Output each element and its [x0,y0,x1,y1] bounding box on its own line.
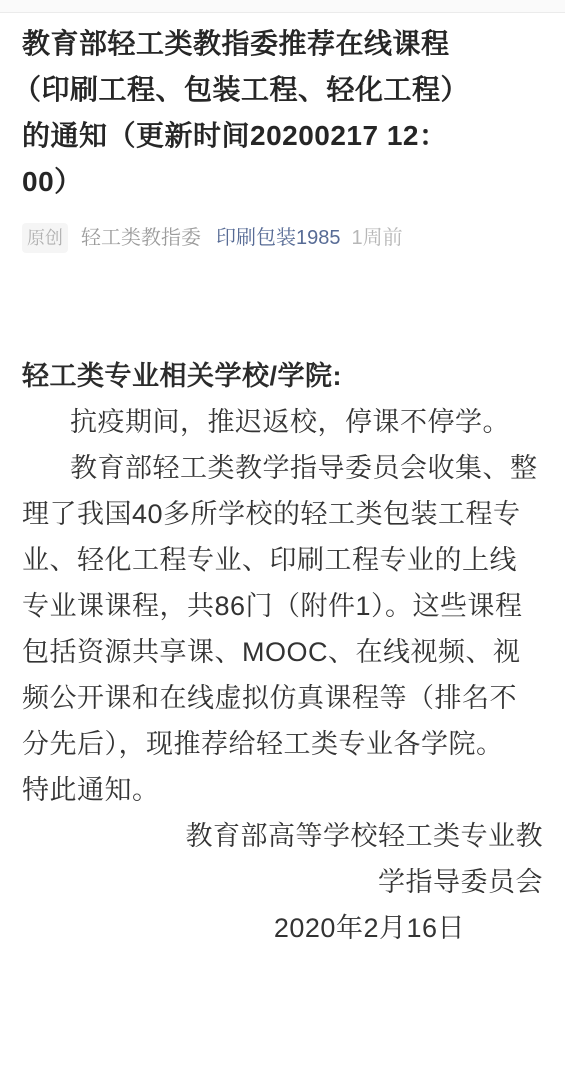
publish-time: 1周前 [352,223,403,253]
article-body: 轻工类专业相关学校/学院: 抗疫期间，推迟返校，停课不停学。 教育部轻工类教学指… [22,353,543,951]
salutation-line: 轻工类专业相关学校/学院: [22,353,543,399]
article-title-line: 的通知（更新时间20200217 12： [22,113,543,159]
closing-line: 特此通知。 [22,767,543,813]
original-badge: 原创 [22,223,68,253]
signature-line: 教育部高等学校轻工类专业教 [22,813,543,859]
signature-block: 教育部高等学校轻工类专业教 学指导委员会 [22,813,543,905]
article-title-line: 00） [22,159,543,205]
top-divider [0,0,565,13]
signature-line: 学指导委员会 [22,859,543,905]
article-content: 教育部轻工类教指委推荐在线课程 （印刷工程、包装工程、轻化工程） 的通知（更新时… [0,21,565,951]
body-paragraph: 抗疫期间，推迟返校，停课不停学。 [22,399,543,445]
account-link[interactable]: 印刷包装1985 [216,223,341,253]
author-name: 轻工类教指委 [81,223,201,253]
body-paragraph: 教育部轻工类教学指导委员会收集、整理了我国40多所学校的轻工类包装工程专业、轻化… [22,445,543,767]
meta-row: 原创 轻工类教指委 印刷包装1985 1周前 [22,223,543,253]
date-line: 2020年2月16日 [22,905,543,951]
article-title: 教育部轻工类教指委推荐在线课程 （印刷工程、包装工程、轻化工程） 的通知（更新时… [22,21,543,205]
article-page: 教育部轻工类教指委推荐在线课程 （印刷工程、包装工程、轻化工程） 的通知（更新时… [0,0,565,1069]
article-title-line: 教育部轻工类教指委推荐在线课程 [22,21,543,67]
article-title-line: （印刷工程、包装工程、轻化工程） [13,67,543,113]
